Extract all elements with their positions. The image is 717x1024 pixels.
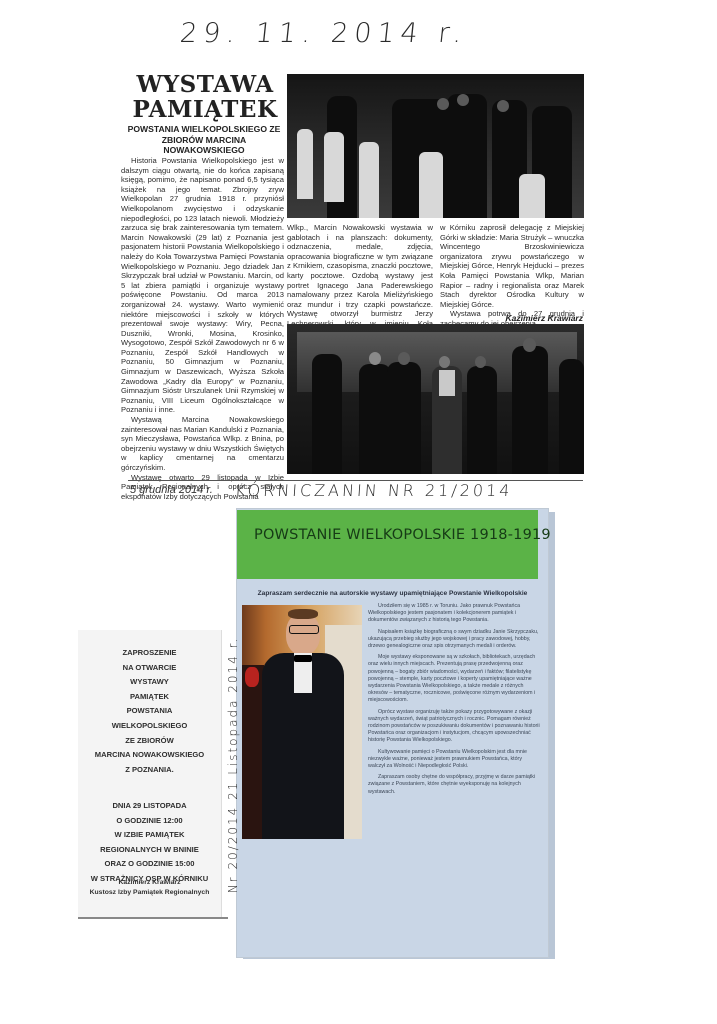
publication-date: 5 grudnia 2014 r. <box>130 484 213 496</box>
portrait-photo <box>242 605 362 839</box>
signer-title: Kustosz Izby Pamiątek Regionalnych <box>78 888 221 898</box>
article-subhead: POWSTANIA WIELKOPOLSKIEGO ZE ZBIORÓW MAR… <box>122 124 286 156</box>
schedule-line: DNIA 29 LISTOPADA <box>78 799 221 814</box>
article-paragraph: Historia Powstania Wielkopolskiego jest … <box>121 156 284 415</box>
handwritten-paper-note: KÓRNICZANIN NR 21/2014 <box>234 481 513 500</box>
invitation-line: POWSTANIA <box>78 704 221 719</box>
invitation-line: WIELKOPOLSKIEGO <box>78 719 221 734</box>
poster-paragraph: Kultywowanie pamięci o Powstaniu Wielkop… <box>368 749 540 771</box>
invitation-title: ZAPROSZENIE NA OTWARCIE WYSTAWY PAMIĄTEK… <box>78 646 221 777</box>
cemetery-ceremony-photo <box>287 74 584 218</box>
schedule-line: REGIONALNYCH W BNINIE <box>78 843 221 858</box>
article-paragraph: Wystawą Marcina Nowakowskiego zaintereso… <box>121 415 284 473</box>
schedule-line: O GODZINIE 12:00 <box>78 814 221 829</box>
article-paragraph: w Kórniku zaprosił delegację z Miejskiej… <box>440 223 584 309</box>
article-column-1: Historia Powstania Wielkopolskiego jest … <box>121 156 284 501</box>
invitation-line: WYSTAWY <box>78 675 221 690</box>
invitation-line: NA OTWARCIE <box>78 661 221 676</box>
handwritten-date: 29. 11. 2014 r. <box>178 18 469 49</box>
poster-header <box>237 510 538 579</box>
poster-paragraph: Moje wystawy eksponowane są w szkołach, … <box>368 654 540 704</box>
poster-subtitle: Zapraszam serdecznie na autorskie wystaw… <box>237 590 548 597</box>
schedule-line: W IZBIE PAMIĄTEK <box>78 828 221 843</box>
invitation-bottom-edge <box>78 917 228 919</box>
poster-paragraph: Oprócz wystaw organizuję także pokazy pr… <box>368 709 540 745</box>
schedule-line: ORAZ O GODZINIE 15:00 <box>78 857 221 872</box>
signer-name: Kazimierz Krawiarz <box>78 878 221 888</box>
poster-paragraph: Urodziłem się w 1985 r. w Toruniu. Jako … <box>368 603 540 625</box>
article-column-2: Wlkp., Marcin Nowakowski wystawia w gabl… <box>287 223 433 338</box>
invitation-line: MARCINA NOWAKOWSKIEGO <box>78 748 221 763</box>
invitation-line: PAMIĄTEK <box>78 690 221 705</box>
invitation-line: ZAPROSZENIE <box>78 646 221 661</box>
invitation-signature: Kazimierz Krawiarz Kustosz Izby Pamiątek… <box>78 878 221 897</box>
poster-body: Urodziłem się w 1985 r. w Toruniu. Jako … <box>368 603 540 800</box>
vertical-note-text: Nr 20/2014 21 Listopada 2014 r. <box>226 637 240 894</box>
article-headline: WYSTAWA PAMIĄTEK <box>130 72 280 122</box>
invitation-line: Z POZNANIA. <box>78 763 221 778</box>
exhibition-opening-group-photo <box>287 324 584 474</box>
handwritten-vertical-note: Nr 20/2014 21 Listopada 2014 r. <box>218 600 248 930</box>
poster-paragraph: Zapraszam osoby chętne do współpracy, pr… <box>368 774 540 796</box>
poster-title: POWSTANIE WIELKOPOLSKIE 1918-1919 <box>254 527 551 543</box>
invitation-schedule: DNIA 29 LISTOPADA O GODZINIE 12:00 W IZB… <box>78 799 221 887</box>
article-signature: Kazimierz Krawiarz <box>440 313 583 323</box>
poster-paragraph: Napisałem książkę biograficzną o swym dz… <box>368 629 540 651</box>
invitation-line: ZE ZBIORÓW <box>78 734 221 749</box>
